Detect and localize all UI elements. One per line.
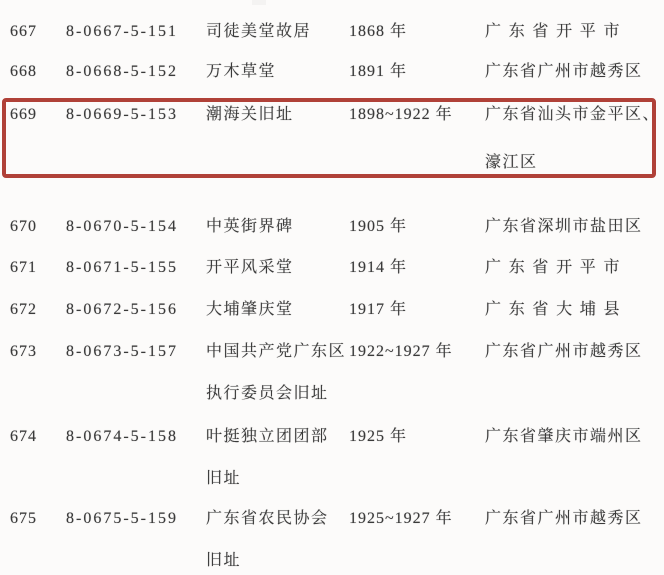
- row-number-cell: 669: [10, 104, 66, 126]
- table-row: 674 8-0674-5-158 叶挺独立团团部 1925 年 广东省肇庆市端州…: [0, 426, 664, 490]
- site-name-cell: 潮海关旧址: [206, 104, 349, 126]
- era-cell: 1922~1927 年: [349, 341, 485, 363]
- row-number-cell: 671: [10, 257, 66, 279]
- era-cell: 1914 年: [349, 257, 485, 279]
- site-name-line2-cell: 旧址: [206, 468, 349, 490]
- table-row: 668 8-0668-5-152 万木草堂 1891 年 广东省广州市越秀区: [0, 61, 664, 83]
- table-row: 672 8-0672-5-156 大埔肇庆堂 1917 年 广东省大埔县: [0, 299, 664, 321]
- table-row: 670 8-0670-5-154 中英街界碑 1905 年 广东省深圳市盐田区: [0, 216, 664, 238]
- row-number-cell: 675: [10, 508, 66, 530]
- table-row: 667 8-0667-5-151 司徒美堂故居 1868 年 广东省开平市: [0, 21, 664, 43]
- serial-code-cell: 8-0668-5-152: [66, 61, 206, 83]
- location-cell: 广东省开平市: [485, 21, 621, 43]
- era-cell: 1868 年: [349, 21, 485, 43]
- serial-code-cell: 8-0673-5-157: [66, 341, 206, 363]
- site-name-cell: 广东省农民协会: [206, 508, 349, 530]
- era-cell: 1917 年: [349, 299, 485, 321]
- serial-code-cell: 8-0670-5-154: [66, 216, 206, 238]
- era-cell: 1925 年: [349, 426, 485, 448]
- location-cell: 广东省广州市越秀区: [485, 61, 664, 83]
- serial-code-cell: 8-0675-5-159: [66, 508, 206, 530]
- era-cell: 1925~1927 年: [349, 508, 485, 530]
- location-cell: 广东省大埔县: [485, 299, 621, 321]
- site-name-line2-cell: 执行委员会旧址: [206, 383, 349, 405]
- row-number-cell: 670: [10, 216, 66, 238]
- table-row: 675 8-0675-5-159 广东省农民协会 1925~1927 年 广东省…: [0, 508, 664, 572]
- site-name-cell: 司徒美堂故居: [206, 21, 349, 43]
- row-number-cell: 674: [10, 426, 66, 448]
- location-cell: 广东省汕头市金平区、: [485, 104, 664, 126]
- serial-code-cell: 8-0669-5-153: [66, 104, 206, 126]
- row-number-cell: 672: [10, 299, 66, 321]
- location-line2-cell: 濠江区: [485, 152, 664, 174]
- site-name-cell: 中国共产党广东区: [206, 341, 349, 363]
- table-row: 671 8-0671-5-155 开平风采堂 1914 年 广东省开平市: [0, 257, 664, 279]
- location-cell: 广东省深圳市盐田区: [485, 216, 664, 238]
- serial-code-cell: 8-0672-5-156: [66, 299, 206, 321]
- site-name-cell: 叶挺独立团团部: [206, 426, 349, 448]
- document-page: 667 8-0667-5-151 司徒美堂故居 1868 年 广东省开平市 66…: [0, 0, 664, 575]
- location-cell: 广东省肇庆市端州区: [485, 426, 664, 448]
- location-cell: 广东省广州市越秀区: [485, 508, 664, 530]
- cropped-text-artifact: [252, 0, 266, 5]
- row-number-cell: 668: [10, 61, 66, 83]
- era-cell: 1898~1922 年: [349, 104, 485, 126]
- era-cell: 1891 年: [349, 61, 485, 83]
- serial-code-cell: 8-0674-5-158: [66, 426, 206, 448]
- serial-code-cell: 8-0667-5-151: [66, 21, 206, 43]
- row-number-cell: 667: [10, 21, 66, 43]
- era-cell: 1905 年: [349, 216, 485, 238]
- site-name-cell: 中英街界碑: [206, 216, 349, 238]
- serial-code-cell: 8-0671-5-155: [66, 257, 206, 279]
- row-number-cell: 673: [10, 341, 66, 363]
- site-name-cell: 万木草堂: [206, 61, 349, 83]
- site-name-cell: 开平风采堂: [206, 257, 349, 279]
- location-cell: 广东省开平市: [485, 257, 621, 279]
- site-name-cell: 大埔肇庆堂: [206, 299, 349, 321]
- table-row: 673 8-0673-5-157 中国共产党广东区 1922~1927 年 广东…: [0, 341, 664, 405]
- site-name-line2-cell: 旧址: [206, 550, 349, 572]
- location-cell: 广东省广州市越秀区: [485, 341, 664, 363]
- table-row-highlighted: 669 8-0669-5-153 潮海关旧址 1898~1922 年 广东省汕头…: [0, 104, 664, 174]
